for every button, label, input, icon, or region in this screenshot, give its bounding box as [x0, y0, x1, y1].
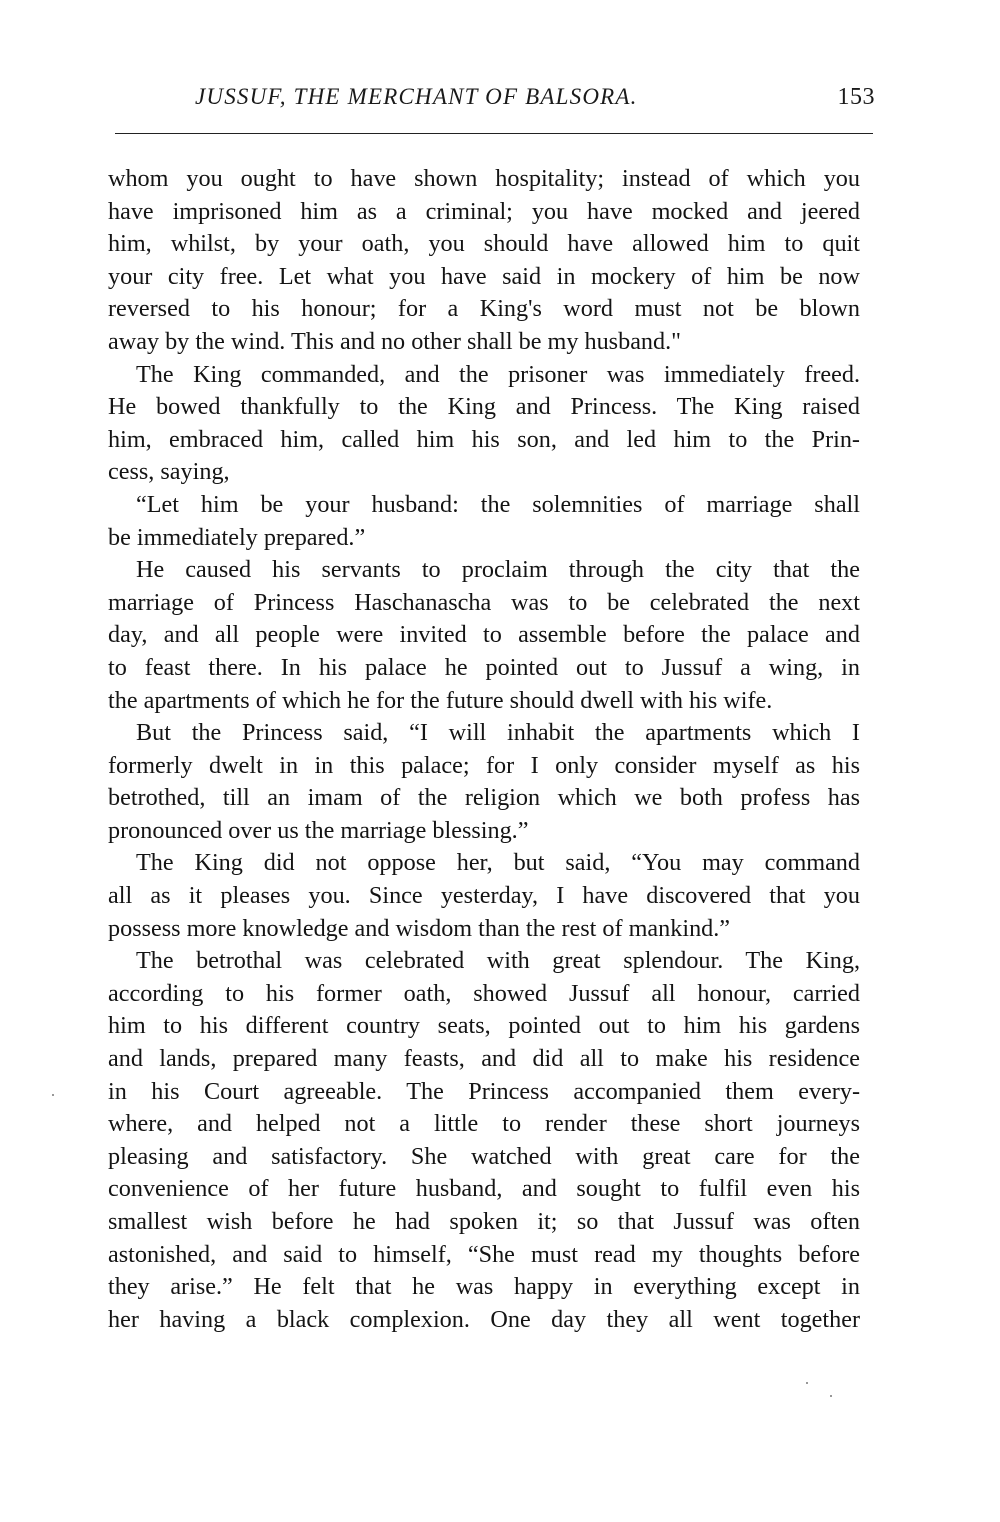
- text-line: and lands, prepared many feasts, and did…: [108, 1043, 860, 1076]
- text-line: whom you ought to have shown hospitality…: [108, 163, 860, 196]
- text-line: him, whilst, by your oath, you should ha…: [108, 228, 860, 261]
- text-line: to feast there. In his palace he pointed…: [108, 652, 860, 685]
- text-line: him to his different country seats, poin…: [108, 1010, 860, 1043]
- print-speck: [52, 1094, 54, 1096]
- text-line: be immediately prepared.”: [108, 522, 860, 555]
- text-line: He caused his servants to proclaim throu…: [108, 554, 860, 587]
- text-line: cess, saying,: [108, 456, 860, 489]
- text-line: pleasing and satisfactory. She watched w…: [108, 1141, 860, 1174]
- print-speck: [806, 1382, 808, 1384]
- text-line: they arise.” He felt that he was happy i…: [108, 1271, 860, 1304]
- text-line: He bowed thankfully to the King and Prin…: [108, 391, 860, 424]
- text-line: in his Court agreeable. The Princess acc…: [108, 1076, 860, 1109]
- running-head: JUSSUF, THE MERCHANT OF BALSORA. 153: [195, 84, 875, 124]
- text-line: according to his former oath, showed Jus…: [108, 978, 860, 1011]
- text-line: reversed to his honour; for a King's wor…: [108, 293, 860, 326]
- body-text: whom you ought to have shown hospitality…: [108, 163, 860, 1336]
- text-line: pronounced over us the marriage blessing…: [108, 815, 860, 848]
- page-number: 153: [838, 84, 876, 111]
- text-line: him, embraced him, called him his son, a…: [108, 424, 860, 457]
- text-line: day, and all people were invited to asse…: [108, 619, 860, 652]
- running-head-title: JUSSUF, THE MERCHANT OF BALSORA.: [195, 84, 638, 110]
- text-line: away by the wind. This and no other shal…: [108, 326, 860, 359]
- text-line: have imprisoned him as a criminal; you h…: [108, 196, 860, 229]
- text-line: “Let him be your husband: the solemnitie…: [108, 489, 860, 522]
- text-line: the apartments of which he for the futur…: [108, 685, 860, 718]
- text-line: astonished, and said to himself, “She mu…: [108, 1239, 860, 1272]
- text-line: smallest wish before he had spoken it; s…: [108, 1206, 860, 1239]
- header-rule: [115, 133, 873, 134]
- text-line: convenience of her future husband, and s…: [108, 1173, 860, 1206]
- text-line: where, and helped not a little to render…: [108, 1108, 860, 1141]
- text-line: formerly dwelt in in this palace; for I …: [108, 750, 860, 783]
- text-line: The betrothal was celebrated with great …: [108, 945, 860, 978]
- text-line: betrothed, till an imam of the religion …: [108, 782, 860, 815]
- text-line: her having a black complexion. One day t…: [108, 1304, 860, 1337]
- text-line: marriage of Princess Haschanascha was to…: [108, 587, 860, 620]
- text-line: your city free. Let what you have said i…: [108, 261, 860, 294]
- text-line: possess more knowledge and wisdom than t…: [108, 913, 860, 946]
- text-line: The King commanded, and the prisoner was…: [108, 359, 860, 392]
- text-line: But the Princess said, “I will inhabit t…: [108, 717, 860, 750]
- print-speck: [830, 1395, 832, 1397]
- text-line: The King did not oppose her, but said, “…: [108, 847, 860, 880]
- book-page: JUSSUF, THE MERCHANT OF BALSORA. 153 who…: [0, 0, 1000, 1522]
- text-line: all as it pleases you. Since yesterday, …: [108, 880, 860, 913]
